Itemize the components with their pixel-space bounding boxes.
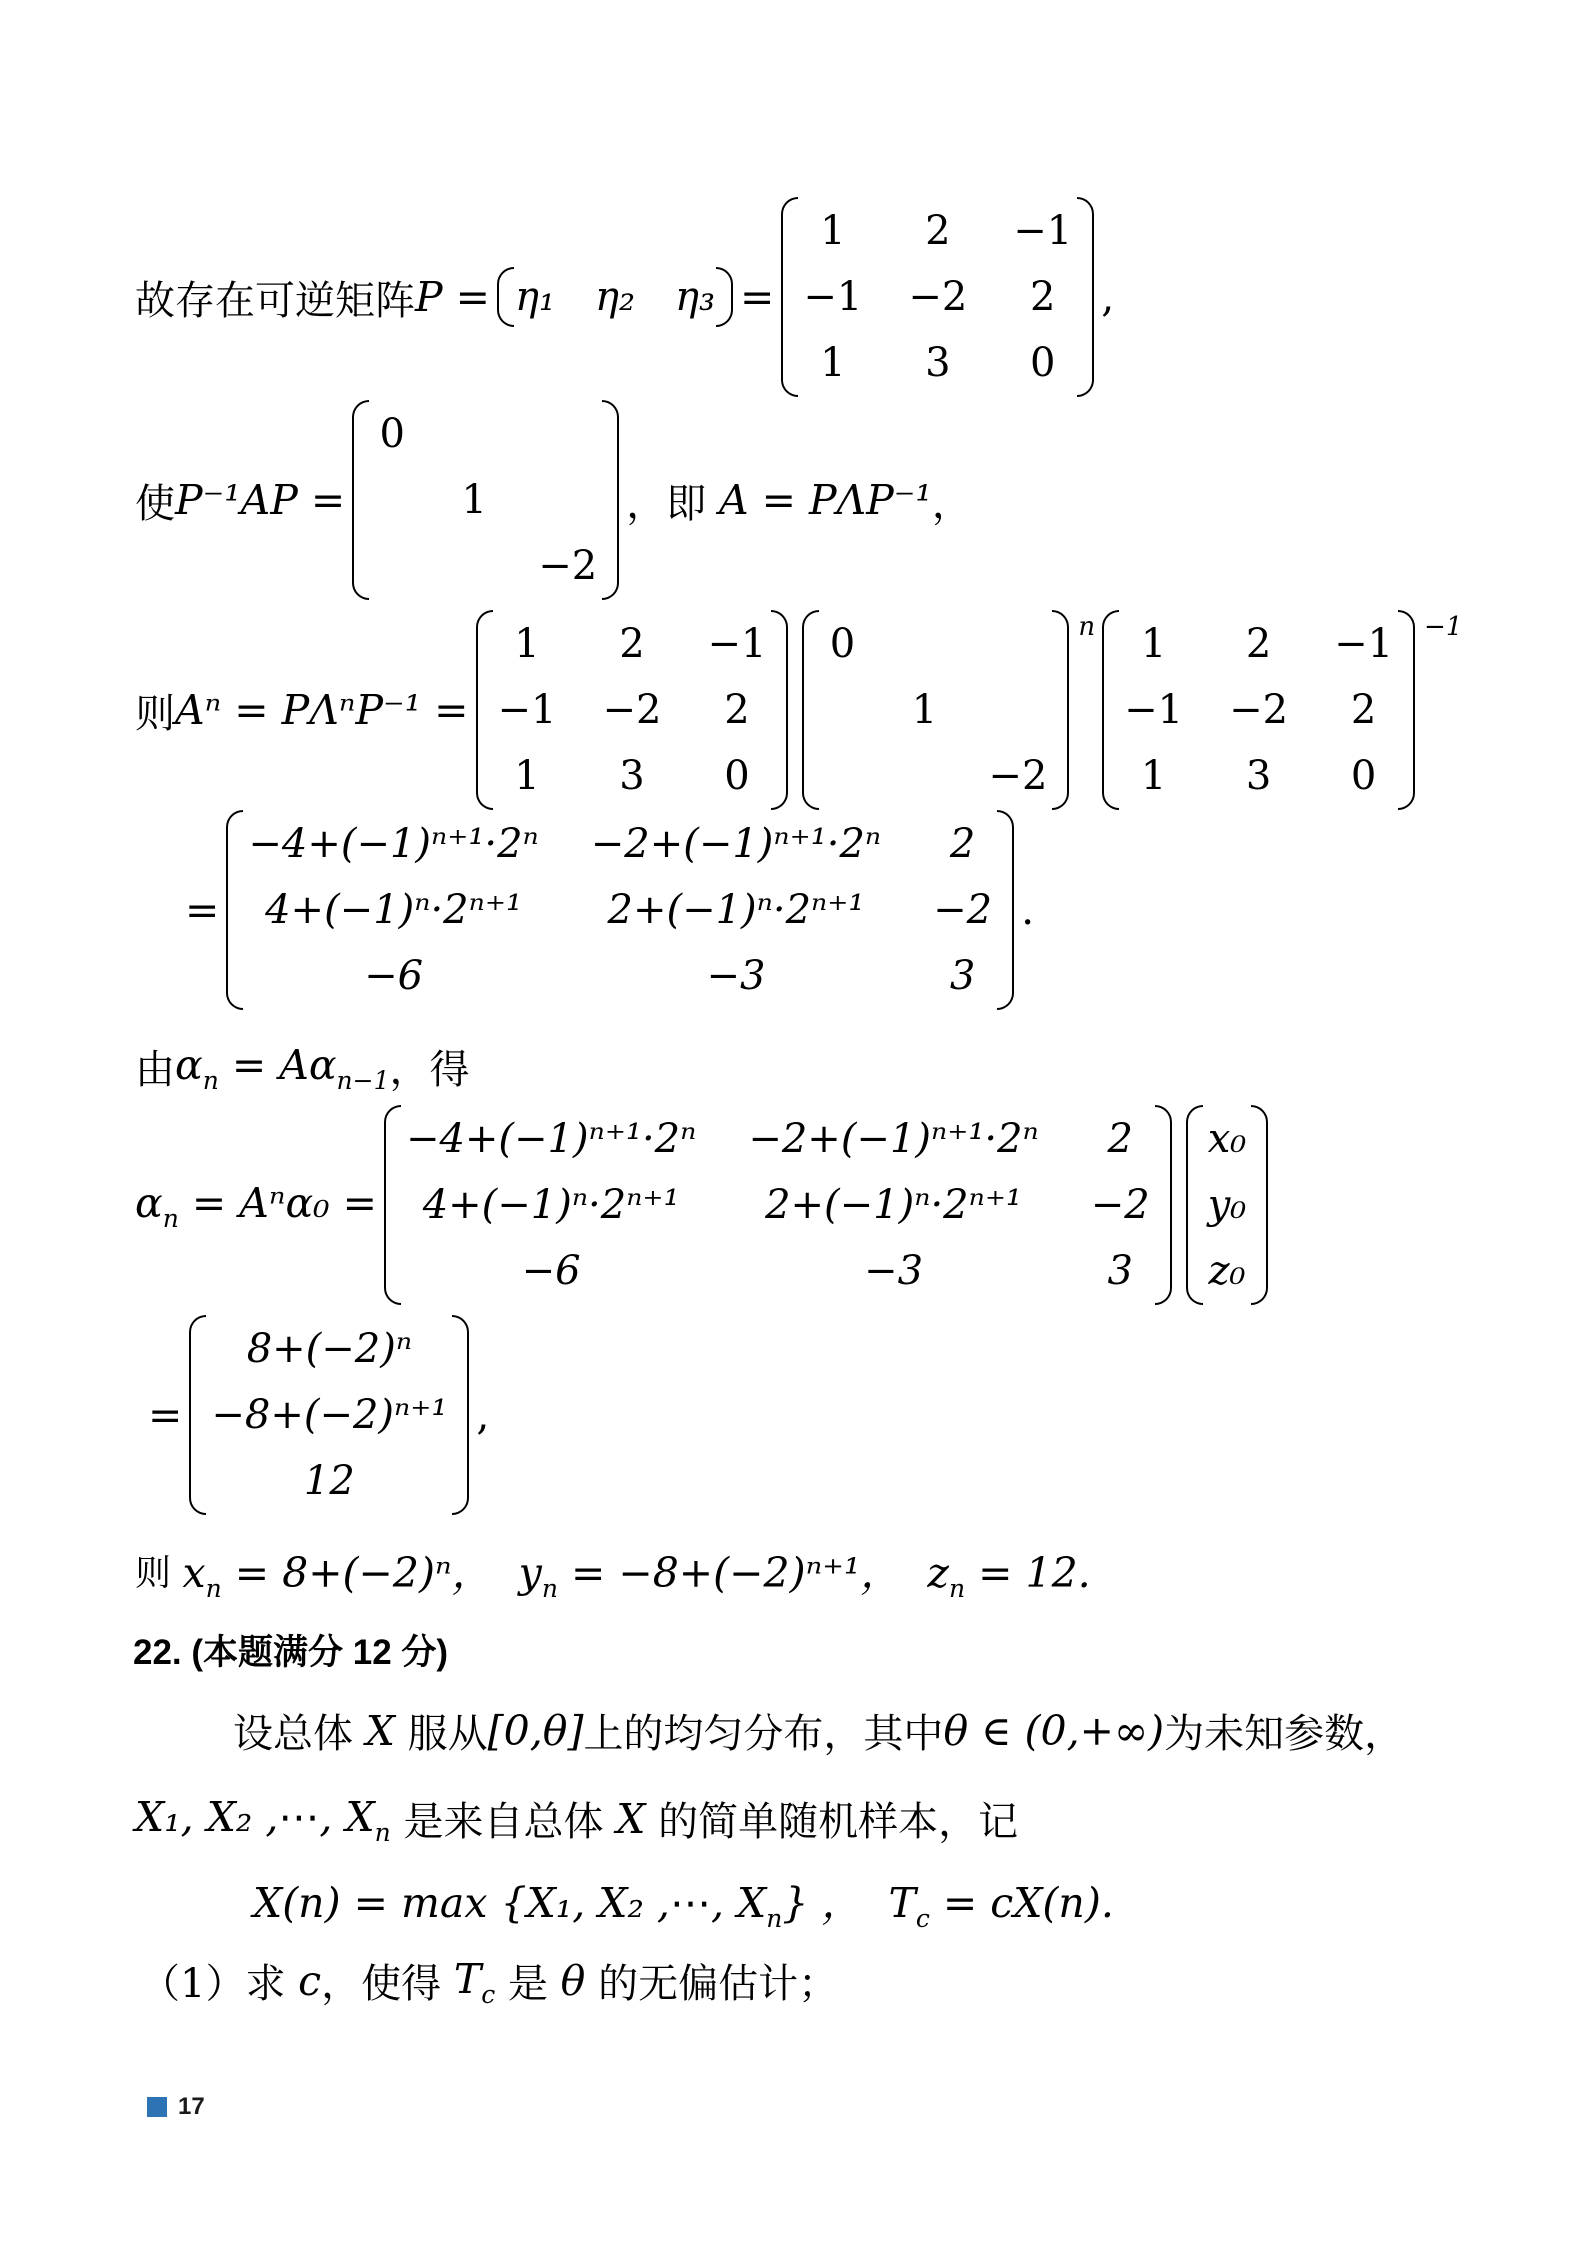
formula-line-1: 故存在可逆矩阵 P = η₁ η₂ η₃ = 1 2 −1 −1 −2 2 1 …: [135, 197, 1114, 397]
tc-rhs: = cX(n).: [930, 1879, 1114, 1927]
matrix-cell: y₀: [1208, 1183, 1247, 1227]
text-uniform-distribution: 上的均匀分布，其中: [583, 1702, 943, 1759]
problem-22-line-3: X(n) = max {X₁, X₂ ,⋯, Xn} ， Tc = cX(n).: [253, 1870, 1114, 1931]
matrix-cell: 1: [815, 341, 851, 385]
tc-estimator: Tc: [454, 1955, 495, 2007]
text-exists-invertible-matrix: 故存在可逆矩阵: [135, 269, 415, 326]
matrix-cell: 1: [1136, 622, 1172, 666]
text-ze: 则: [135, 682, 175, 739]
matrix-cell: 2: [614, 622, 650, 666]
matrix-p: 1 2 −1 −1 −2 2 1 3 0: [1102, 610, 1415, 810]
matrix-cell: −4+(−1)ⁿ⁺¹·2ⁿ: [248, 822, 538, 866]
p-equals: P =: [415, 273, 490, 321]
equals-sign: =: [740, 273, 774, 321]
subscript-n: n: [206, 1574, 222, 1603]
matrix-cell: 2: [1346, 688, 1382, 732]
z-symbol: z: [927, 1549, 949, 1597]
matrix-cell: 2: [1025, 275, 1061, 319]
page-number: 17: [178, 2093, 205, 2121]
matrix-cell: 2+(−1)ⁿ·2ⁿ⁺¹: [765, 1183, 1022, 1227]
matrix-cell: −1: [498, 688, 557, 732]
matrix-cell: 4+(−1)ⁿ·2ⁿ⁺¹: [265, 888, 522, 932]
sample-list: X₁, X₂ ,⋯, Xn: [135, 1793, 391, 1845]
text-ji: ，即: [626, 472, 719, 529]
matrix-cell: 3: [1102, 1249, 1138, 1293]
matrix-p: 1 2 −1 −1 −2 2 1 3 0: [781, 197, 1094, 397]
matrix-cell: 3: [1241, 754, 1277, 798]
formula-line-3: 则 Aⁿ = PΛⁿP⁻¹ = 1 2 −1 −1 −2 2 1 3 0 0 1…: [135, 610, 1462, 810]
matrix-cell: −1: [1334, 622, 1393, 666]
vector-initial: x₀ y₀ z₀: [1186, 1105, 1269, 1305]
alpha-symbol: α: [135, 1179, 163, 1227]
matrix-cell: −2: [933, 888, 992, 932]
matrix-cell: 1: [509, 622, 545, 666]
subscript-c: c: [916, 1904, 930, 1933]
formula-line-7: = 8+(−2)ⁿ −8+(−2)ⁿ⁺¹ 12 ,: [148, 1315, 489, 1515]
matrix-cell: 3: [945, 954, 981, 998]
matrix-cell: 2: [1241, 622, 1277, 666]
subscript-n: n: [949, 1574, 965, 1603]
problem-22-heading: 22. (本题满分 12 分): [133, 1625, 448, 1675]
var-x: X: [616, 1795, 645, 1843]
matrix-cell: 3: [920, 341, 956, 385]
matrix-cell: 0: [719, 754, 755, 798]
document-page: 故存在可逆矩阵 P = η₁ η₂ η₃ = 1 2 −1 −1 −2 2 1 …: [0, 0, 1587, 2245]
text-suppose-population: 设总体: [233, 1702, 366, 1759]
footer-marker-icon: [147, 2097, 167, 2117]
matrix-cell: 0: [824, 622, 860, 666]
text-such-that: ，使得: [321, 1952, 454, 2009]
matrix-cell: 1: [1136, 754, 1172, 798]
matrix-cell: −6: [364, 954, 423, 998]
matrix-cell: −8+(−2)ⁿ⁺¹: [211, 1393, 447, 1437]
matrix-cell: −2+(−1)ⁿ⁺¹·2ⁿ: [748, 1117, 1038, 1161]
problem-22-question-1: （1）求 c ，使得 Tc 是 θ 的无偏估计；: [140, 1952, 838, 2009]
comma: ，: [932, 472, 972, 529]
var-x: X: [366, 1707, 395, 1755]
y-expression: = −8+(−2)ⁿ⁺¹，: [558, 1549, 927, 1597]
matrix-cell: η₁: [515, 275, 555, 319]
matrix-p: 1 2 −1 −1 −2 2 1 3 0: [476, 610, 789, 810]
x-symbol: x: [182, 1549, 205, 1597]
matrix-cell: −2+(−1)ⁿ⁺¹·2ⁿ: [591, 822, 881, 866]
text-from-population: 是来自总体: [391, 1790, 616, 1847]
text-q1-find: （1）求: [140, 1952, 298, 2009]
var-c: c: [298, 1957, 321, 2005]
matrix-cell: 0: [1025, 341, 1061, 385]
equals-an-alpha0: = Aⁿα₀ =: [179, 1179, 377, 1227]
matrix-cell: 2: [920, 209, 956, 253]
formula-line-8: 则 xn = 8+(−2)ⁿ， yn = −8+(−2)ⁿ⁺¹， zn = 12…: [135, 1540, 1091, 1601]
matrix-cell: z₀: [1208, 1249, 1245, 1293]
matrix-cell: 1: [456, 478, 492, 522]
matrix-cell: −2: [538, 544, 597, 588]
matrix-cell: 2: [719, 688, 755, 732]
subscript-n: n: [163, 1204, 179, 1233]
matrix-cell: 0: [1346, 754, 1382, 798]
x-expression: = 8+(−2)ⁿ，: [222, 1549, 519, 1597]
text-simple-random-sample: 的简单随机样本，记: [645, 1790, 1018, 1847]
alpha-n: αn = Aαn−1: [175, 1041, 389, 1093]
x1-x2-xn: X₁, X₂ ,⋯, X: [135, 1793, 375, 1841]
text-ze: 则: [135, 1545, 182, 1596]
text-de: ，得: [389, 1038, 469, 1095]
a-equals-p-lambda-p-inv: A = PΛP⁻¹: [719, 476, 932, 524]
page-footer: 17: [147, 2093, 205, 2121]
matrix-an-result: −4+(−1)ⁿ⁺¹·2ⁿ −2+(−1)ⁿ⁺¹·2ⁿ 2 4+(−1)ⁿ·2ⁿ…: [384, 1105, 1172, 1305]
matrix-an-result: −4+(−1)ⁿ⁺¹·2ⁿ −2+(−1)ⁿ⁺¹·2ⁿ 2 4+(−1)ⁿ·2ⁿ…: [226, 810, 1014, 1010]
p-inv-a-p-equals: P⁻¹AP =: [175, 476, 345, 524]
matrix-cell: 0: [374, 412, 410, 456]
matrix-cell: 8+(−2)ⁿ: [247, 1327, 412, 1371]
subscript-n: n: [203, 1066, 219, 1095]
matrix-cell: −2: [602, 688, 661, 732]
vector-result: 8+(−2)ⁿ −8+(−2)ⁿ⁺¹ 12: [189, 1315, 469, 1515]
xn-yn-zn-result: xn = 8+(−2)ⁿ， yn = −8+(−2)ⁿ⁺¹， zn = 12.: [182, 1540, 1090, 1601]
problem-22-line-2: X₁, X₂ ,⋯, Xn 是来自总体 X 的简单随机样本，记: [135, 1790, 1018, 1847]
matrix-cell: −2: [908, 275, 967, 319]
an-equals: Aⁿ = PΛⁿP⁻¹ =: [175, 686, 469, 734]
matrix-cell: 4+(−1)ⁿ·2ⁿ⁺¹: [423, 1183, 680, 1227]
matrix-cell: −1: [1124, 688, 1183, 732]
subscript-n: n: [766, 1904, 782, 1933]
matrix-cell: 2: [1102, 1117, 1138, 1161]
matrix-cell: −2: [1091, 1183, 1150, 1227]
formula-line-4: = −4+(−1)ⁿ⁺¹·2ⁿ −2+(−1)ⁿ⁺¹·2ⁿ 2 4+(−1)ⁿ·…: [185, 810, 1034, 1010]
alpha-symbol: α: [175, 1041, 203, 1089]
matrix-cell: −1: [707, 622, 766, 666]
var-t: T: [454, 1955, 481, 2003]
text-you: 由: [135, 1038, 175, 1095]
text-shi: 使: [135, 472, 175, 529]
equals-sign: =: [185, 886, 219, 934]
alpha-n-equals-an-alpha0: αn = Aⁿα₀ =: [135, 1179, 377, 1231]
matrix-cell: −2: [1229, 688, 1288, 732]
matrix-cell: 12: [304, 1459, 355, 1503]
matrix-cell: −6: [522, 1249, 581, 1293]
text-unknown-parameter: 为未知参数，: [1164, 1702, 1404, 1759]
xn-max-expression: X(n) = max {X₁, X₂ ,⋯, X: [253, 1879, 766, 1927]
matrix-cell: 3: [614, 754, 650, 798]
formula-line-5: 由 αn = Aαn−1 ，得: [135, 1038, 469, 1095]
matrix-cell: η₃: [675, 275, 715, 319]
var-theta: θ: [561, 1957, 586, 2005]
matrix-cell: η₂: [595, 275, 635, 319]
matrix-cell: −1: [1013, 209, 1072, 253]
text-is: 是: [495, 1952, 560, 2009]
problem-22-line-1: 设总体 X 服从 [0,θ] 上的均匀分布，其中 θ ∈ (0,+∞) 为未知参…: [233, 1702, 1404, 1759]
period: .: [1021, 886, 1034, 934]
matrix-p-inverse: 1 2 −1 −1 −2 2 1 3 0 −1: [1095, 610, 1462, 810]
matrix-cell: 1: [815, 209, 851, 253]
vector-eta: η₁ η₂ η₃: [497, 267, 733, 327]
text-unbiased-estimator: 的无偏估计；: [585, 1952, 838, 2009]
matrix-cell: 2: [945, 822, 981, 866]
matrix-cell: −2: [988, 754, 1047, 798]
matrix-cell: −3: [864, 1249, 923, 1293]
tc-lhs: } ， T: [782, 1879, 916, 1927]
exponent-inverse: −1: [1424, 612, 1462, 642]
matrix-cell: 1: [906, 688, 942, 732]
matrix-cell: −4+(−1)ⁿ⁺¹·2ⁿ: [406, 1117, 696, 1161]
formula-line-2: 使 P⁻¹AP = 0 1 −2 ，即 A = PΛP⁻¹ ，: [135, 400, 972, 600]
matrix-lambda: 0 1 −2: [352, 400, 619, 600]
matrix-cell: 1: [509, 754, 545, 798]
heading-text: 22. (本题满分 12 分): [133, 1625, 448, 1675]
matrix-cell: −1: [803, 275, 862, 319]
theta-domain: θ ∈ (0,+∞): [943, 1707, 1164, 1755]
y-symbol: y: [519, 1549, 542, 1597]
z-expression: = 12.: [965, 1549, 1091, 1597]
matrix-cell: −3: [706, 954, 765, 998]
matrix-lambda-power-n: 0 1 −2 n: [795, 610, 1095, 810]
matrix-cell: x₀: [1208, 1117, 1247, 1161]
matrix-cell: 2+(−1)ⁿ·2ⁿ⁺¹: [608, 888, 865, 932]
matrix-lambda: 0 1 −2: [802, 610, 1069, 810]
subscript-n-minus-1: n−1: [337, 1066, 390, 1095]
equals-sign: =: [148, 1391, 182, 1439]
subscript-c: c: [481, 1980, 495, 2009]
equals-a-alpha: = Aα: [219, 1041, 337, 1089]
subscript-n: n: [375, 1818, 391, 1847]
max-definition: X(n) = max {X₁, X₂ ,⋯, Xn} ， Tc = cX(n).: [253, 1870, 1114, 1931]
text-follows: 服从: [395, 1702, 488, 1759]
comma: ,: [1101, 273, 1114, 321]
subscript-n: n: [542, 1574, 558, 1603]
formula-line-6: αn = Aⁿα₀ = −4+(−1)ⁿ⁺¹·2ⁿ −2+(−1)ⁿ⁺¹·2ⁿ …: [135, 1105, 1275, 1305]
exponent-n: n: [1078, 612, 1095, 642]
comma: ,: [476, 1391, 489, 1439]
interval-0-theta: [0,θ]: [488, 1707, 584, 1755]
